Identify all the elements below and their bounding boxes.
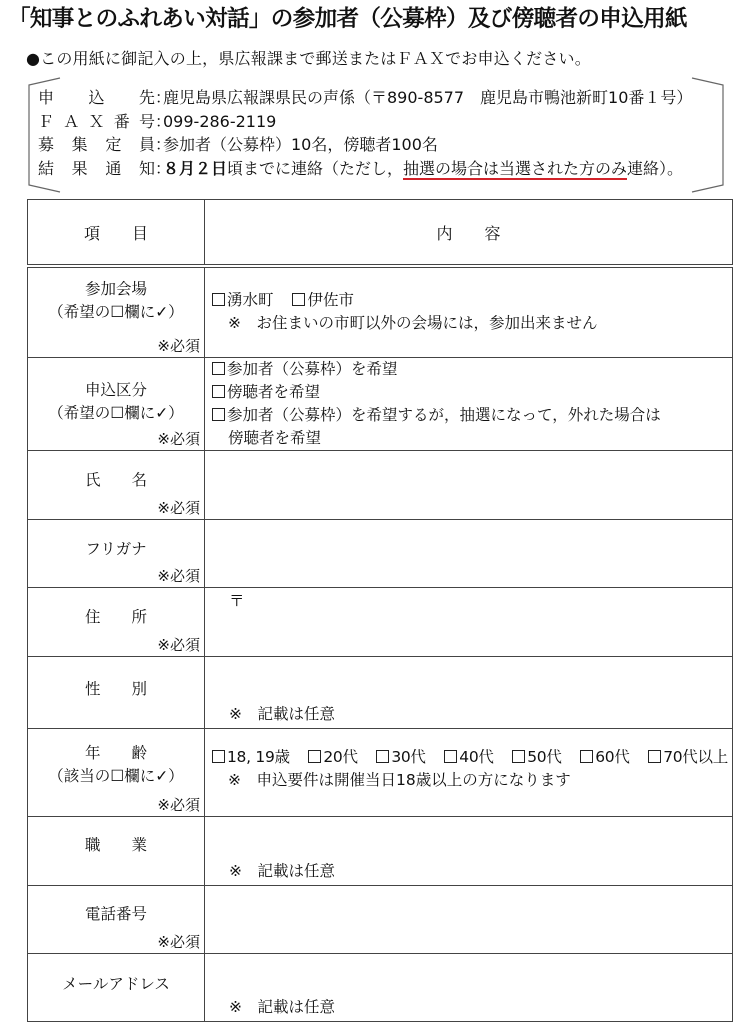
row-venue: 参加会場 （希望の☐欄に✓） ※必須 湧水町 伊佐市 ※ お住まいの市町以外の会… xyxy=(28,266,733,357)
notification-date: ８月２日 xyxy=(163,159,227,178)
checkbox-age-18-19[interactable] xyxy=(212,750,225,763)
required-mark: ※必須 xyxy=(157,566,200,586)
info-row-fax: ＦＡＸ番号 ： 099-286-2119 xyxy=(38,110,692,134)
required-mark: ※必須 xyxy=(157,635,200,655)
required-mark: ※必須 xyxy=(157,932,200,952)
optional-note: ※ 記載は任意 xyxy=(229,996,335,1019)
row-email: メールアドレス ※ 記載は任意 xyxy=(28,953,733,1021)
checkbox-age-40s[interactable] xyxy=(444,750,457,763)
postal-mark: 〒 xyxy=(229,590,245,613)
required-mark: ※必須 xyxy=(157,498,200,518)
venue-field: 湧水町 伊佐市 ※ お住まいの市町以外の会場には，参加出来ません xyxy=(205,266,733,357)
name-input[interactable] xyxy=(205,450,733,519)
item-cell: 申込区分 （希望の☐欄に✓） ※必須 xyxy=(28,357,205,450)
phone-input[interactable] xyxy=(205,885,733,953)
info-label: 申込先 xyxy=(38,86,155,110)
info-value: ８月２日頃までに連絡（ただし，抽選の場合は当選された方のみ連絡）。 xyxy=(163,157,683,181)
fax-number: 099-286-2119 xyxy=(163,110,276,134)
item-cell: 参加会場 （希望の☐欄に✓） ※必須 xyxy=(28,266,205,357)
occupation-input[interactable]: ※ 記載は任意 xyxy=(205,816,733,885)
checkbox-age-70s-plus[interactable] xyxy=(648,750,661,763)
item-cell: 電話番号 ※必須 xyxy=(28,885,205,953)
row-category: 申込区分 （希望の☐欄に✓） ※必須 参加者（公募枠）を希望 傍聴者を希望 参加… xyxy=(28,357,733,450)
required-mark: ※必須 xyxy=(157,336,200,356)
required-mark: ※必須 xyxy=(157,429,200,449)
row-occupation: 職 業 ※ 記載は任意 xyxy=(28,816,733,885)
form-title: 「知事とのふれあい対話」の参加者（公募枠）及び傍聴者の申込用紙 xyxy=(8,4,743,34)
lottery-note-underlined: 抽選の場合は当選された方のみ xyxy=(403,159,627,180)
info-value: 鹿児島県広報課県民の声係（〒890-8577 鹿児島市鴨池新町10番１号） xyxy=(163,86,692,110)
checkbox-age-50s[interactable] xyxy=(512,750,525,763)
item-cell: 年 齢 （該当の☐欄に✓） ※必須 xyxy=(28,728,205,816)
checkbox-participant[interactable] xyxy=(212,362,225,375)
checkbox-participant-or-observer[interactable] xyxy=(212,408,225,421)
row-age: 年 齢 （該当の☐欄に✓） ※必須 18, 19歳 20代 30代 40代 50… xyxy=(28,728,733,816)
header-item: 項 目 xyxy=(28,200,205,267)
checkbox-age-20s[interactable] xyxy=(308,750,321,763)
info-label: ＦＡＸ番号 xyxy=(38,110,155,134)
address-input[interactable]: 〒 xyxy=(205,587,733,656)
info-value: 参加者（公募枠）10名，傍聴者100名 xyxy=(163,133,438,157)
item-cell: フリガナ ※必須 xyxy=(28,519,205,587)
info-label: 募集定員 xyxy=(38,133,155,157)
info-row-result: 結果通知 ： ８月２日頃までに連絡（ただし，抽選の場合は当選された方のみ連絡）。 xyxy=(38,157,692,181)
item-cell: 性 別 xyxy=(28,656,205,728)
row-name: 氏 名 ※必須 xyxy=(28,450,733,519)
application-form-table: 項 目 内 容 参加会場 （希望の☐欄に✓） ※必須 湧水町 伊佐市 ※ お住ま… xyxy=(27,199,733,1022)
item-cell: メールアドレス xyxy=(28,953,205,1021)
checkbox-age-60s[interactable] xyxy=(580,750,593,763)
info-row-destination: 申込先 ： 鹿児島県広報課県民の声係（〒890-8577 鹿児島市鴨池新町10番… xyxy=(38,86,692,110)
gender-input[interactable]: ※ 記載は任意 xyxy=(205,656,733,728)
row-phone: 電話番号 ※必須 xyxy=(28,885,733,953)
category-field: 参加者（公募枠）を希望 傍聴者を希望 参加者（公募枠）を希望するが，抽選になって… xyxy=(205,357,733,450)
email-input[interactable]: ※ 記載は任意 xyxy=(205,953,733,1021)
row-furigana: フリガナ ※必須 xyxy=(28,519,733,587)
required-mark: ※必須 xyxy=(157,795,200,815)
instruction-text: ●この用紙に御記入の上，県広報課まで郵送またはＦＡＸでお申込ください。 xyxy=(26,48,591,70)
age-field: 18, 19歳 20代 30代 40代 50代 60代 70代以上 ※ 申込要件… xyxy=(205,728,733,816)
table-header: 項 目 内 容 xyxy=(28,200,733,267)
optional-note: ※ 記載は任意 xyxy=(229,703,335,726)
venue-note: ※ お住まいの市町以外の会場には，参加出来ません xyxy=(212,312,732,335)
item-cell: 氏 名 ※必須 xyxy=(28,450,205,519)
checkbox-observer[interactable] xyxy=(212,385,225,398)
furigana-input[interactable] xyxy=(205,519,733,587)
item-cell: 職 業 xyxy=(28,816,205,885)
row-gender: 性 別 ※ 記載は任意 xyxy=(28,656,733,728)
info-row-capacity: 募集定員 ： 参加者（公募枠）10名，傍聴者100名 xyxy=(38,133,692,157)
header-content: 内 容 xyxy=(205,200,733,267)
row-address: 住 所 ※必須 〒 xyxy=(28,587,733,656)
contact-info: 申込先 ： 鹿児島県広報課県民の声係（〒890-8577 鹿児島市鴨池新町10番… xyxy=(38,86,692,180)
checkbox-yusui[interactable] xyxy=(212,293,225,306)
info-label: 結果通知 xyxy=(38,157,155,181)
age-note: ※ 申込要件は開催当日18歳以上の方になります xyxy=(212,769,732,792)
checkbox-isa[interactable] xyxy=(292,293,305,306)
optional-note: ※ 記載は任意 xyxy=(229,860,335,883)
checkbox-age-30s[interactable] xyxy=(376,750,389,763)
item-cell: 住 所 ※必須 xyxy=(28,587,205,656)
